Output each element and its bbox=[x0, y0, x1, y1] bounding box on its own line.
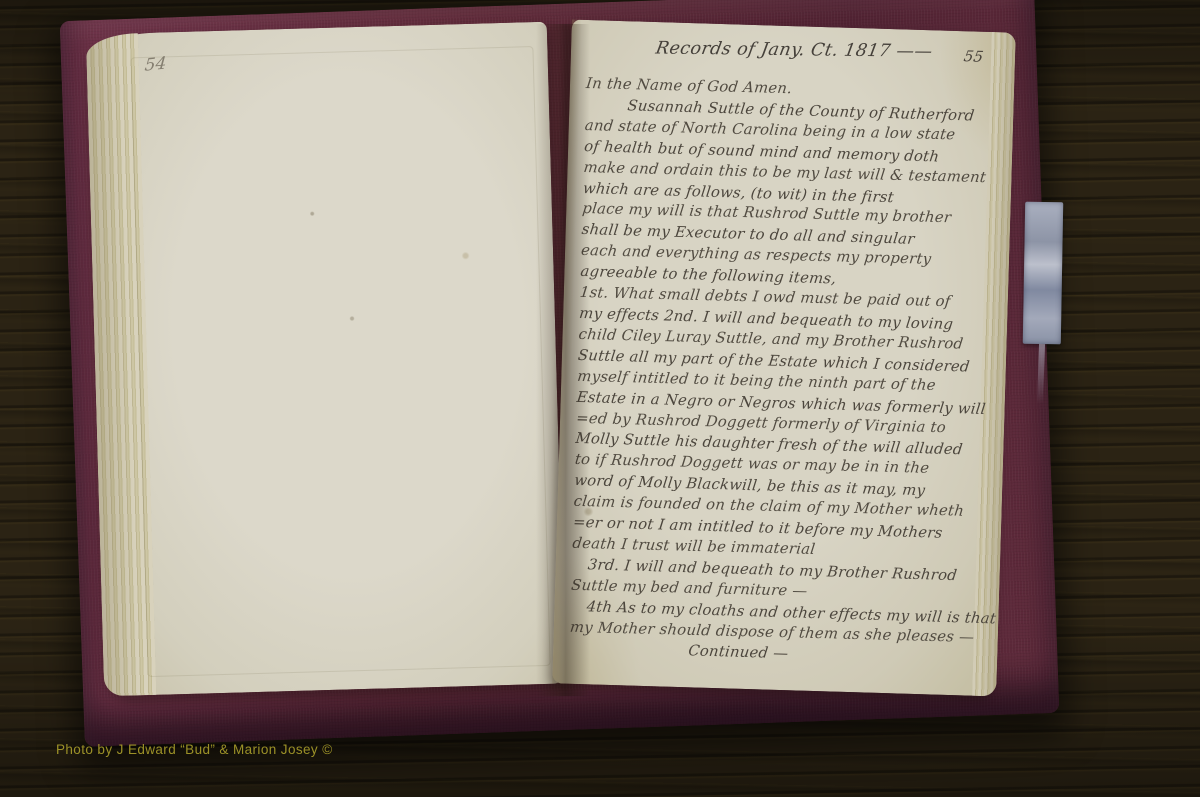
left-page: 54 bbox=[86, 22, 565, 697]
right-page-header-row: Records of Jany. Ct. 1817 —— 55 bbox=[587, 28, 986, 78]
handwritten-will-text: In the Name of God Amen. Susannah Suttle… bbox=[569, 74, 984, 671]
record-header: Records of Jany. Ct. 1817 —— bbox=[627, 38, 961, 62]
wood-table-surface: 54 Records of Jany. Ct. 1817 —— 55 In th… bbox=[0, 0, 1200, 797]
duct-tape-patch bbox=[1023, 202, 1063, 345]
right-page-number: 55 bbox=[962, 47, 984, 65]
left-page-number: 54 bbox=[144, 54, 167, 76]
photo-credit-watermark: Photo by J Edward “Bud” & Marion Josey © bbox=[56, 742, 333, 757]
right-page: Records of Jany. Ct. 1817 —— 55 In the N… bbox=[552, 20, 1016, 697]
page-impression-line bbox=[131, 46, 551, 677]
right-page-content: Records of Jany. Ct. 1817 —— 55 In the N… bbox=[568, 28, 985, 688]
